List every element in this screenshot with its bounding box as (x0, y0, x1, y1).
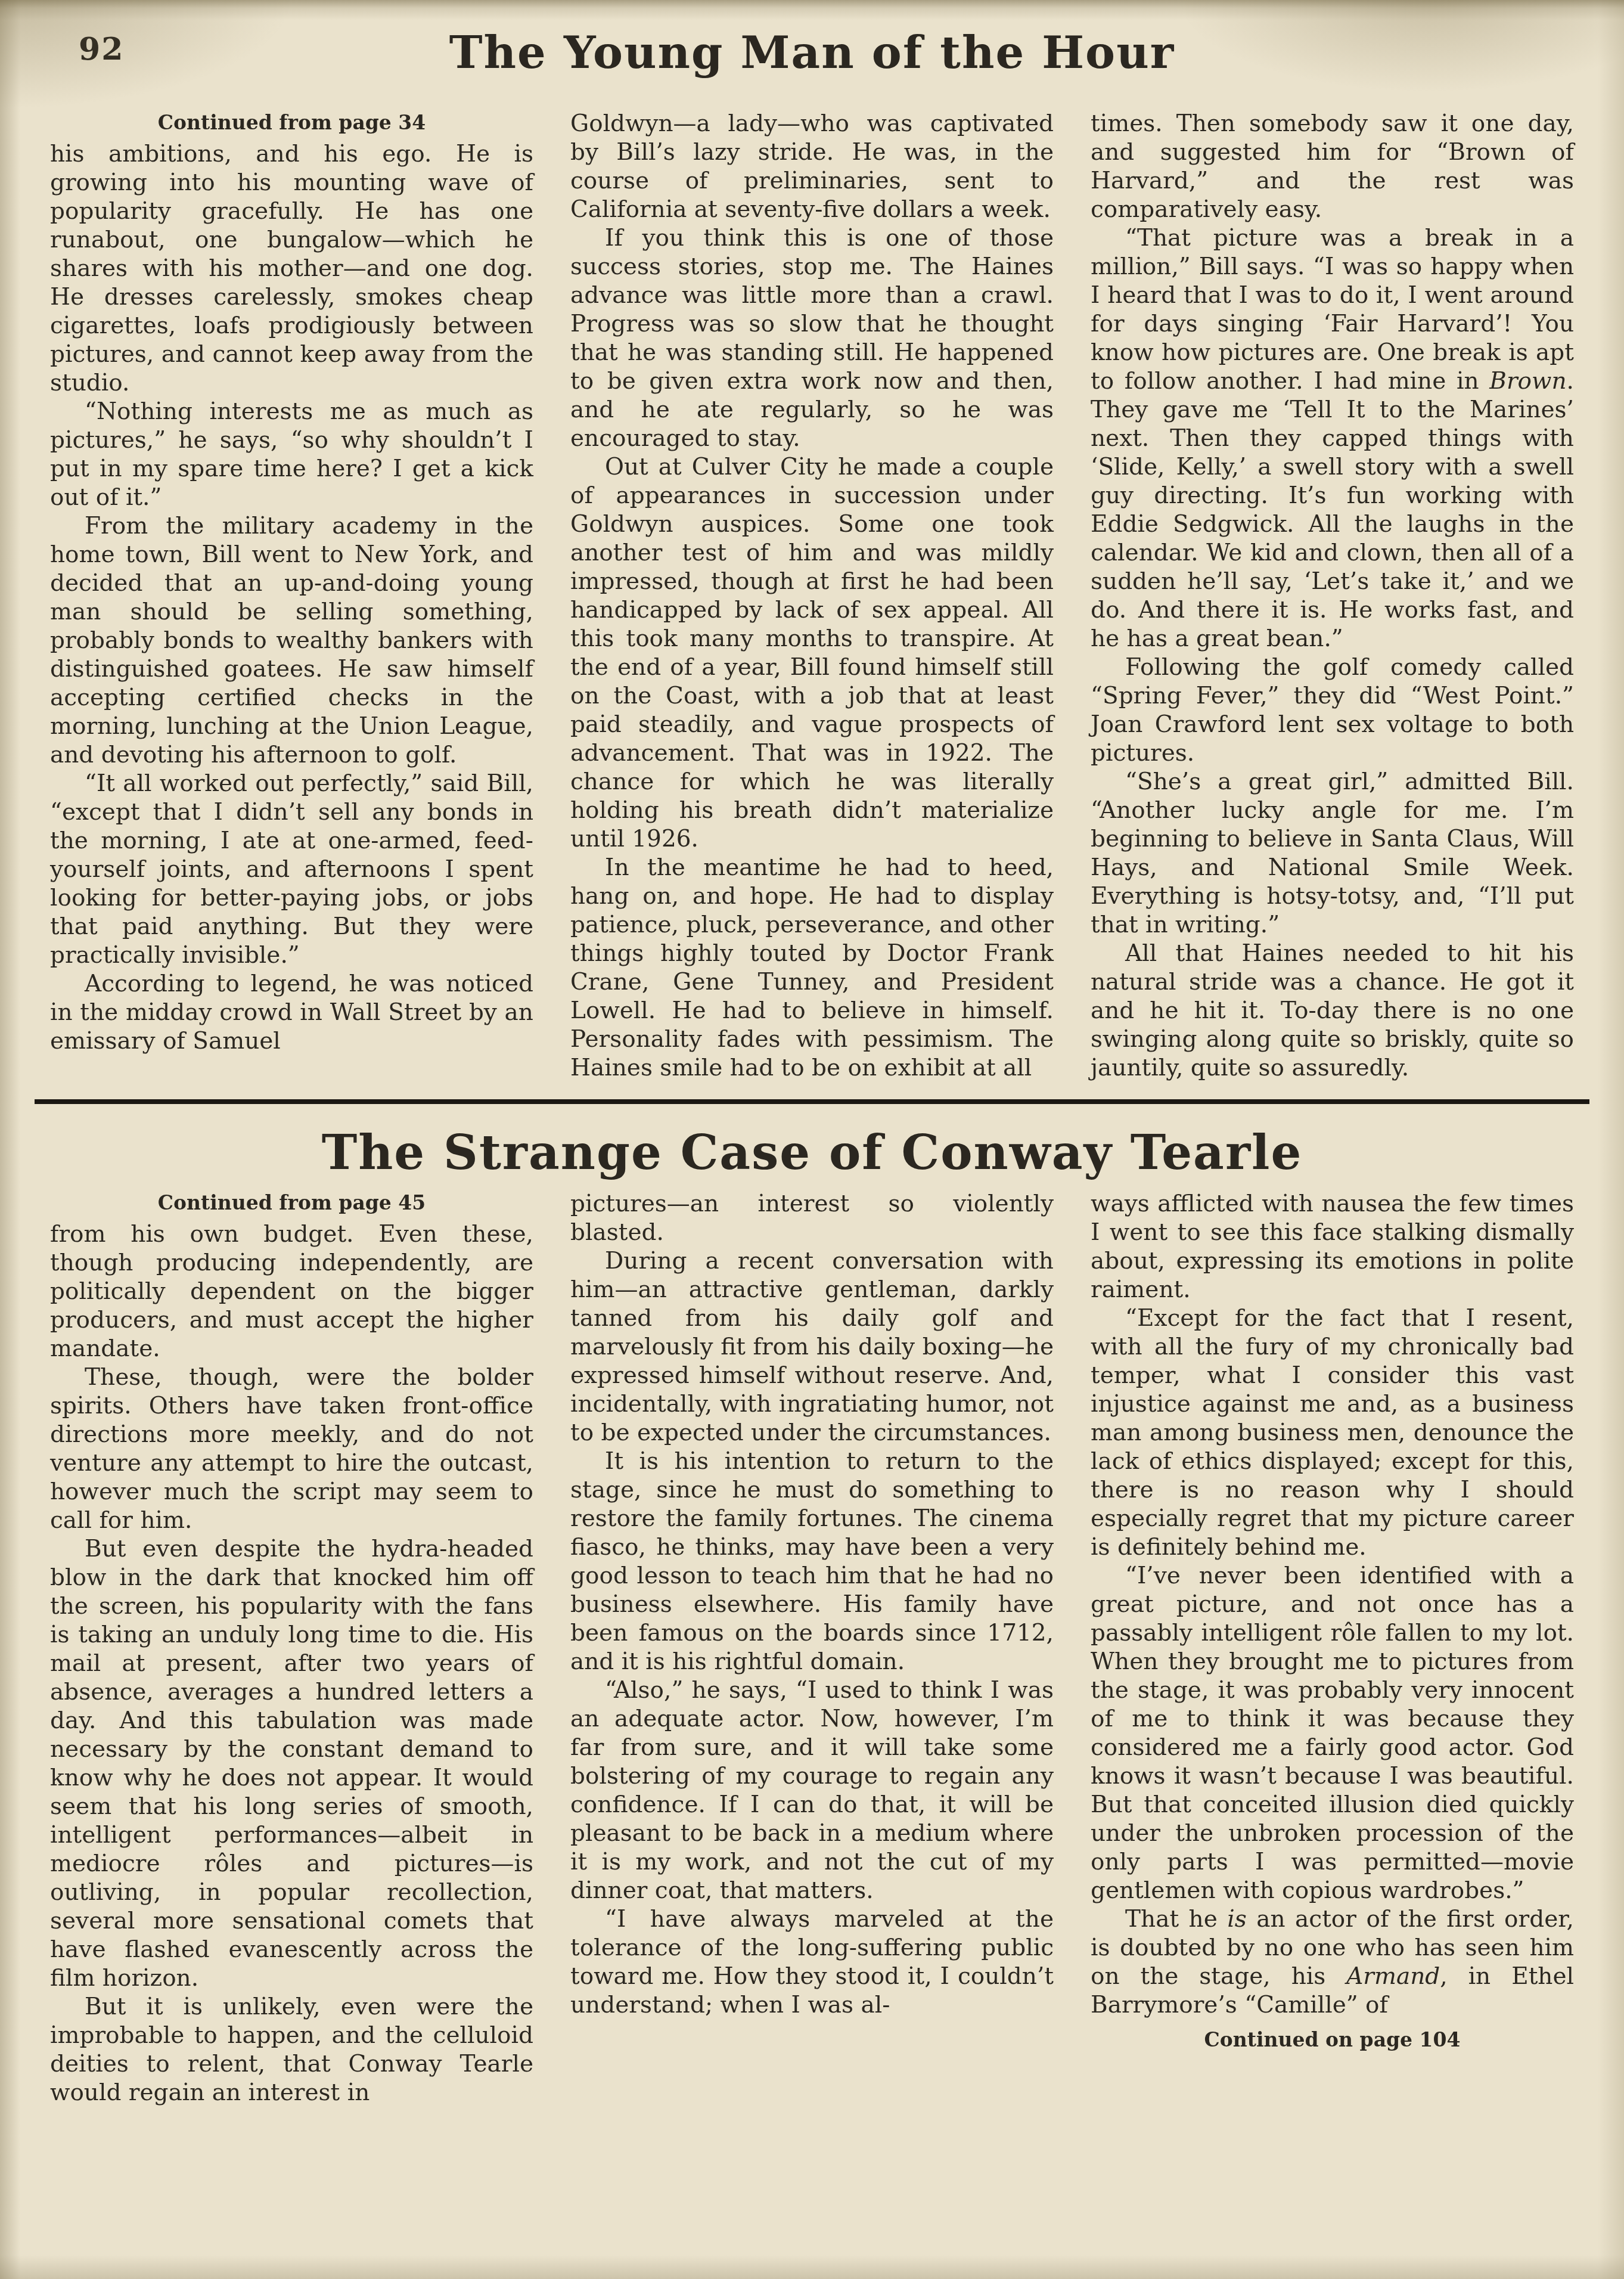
paragraph: Out at Culver City he made a couple of a… (570, 453, 1054, 854)
paragraph: From the military academy in the home to… (50, 512, 533, 770)
article2-column-1-text: from his own budget. Even these, though … (50, 1220, 533, 2107)
paragraph: According to legend, he was noticed in t… (50, 970, 533, 1056)
article-divider-rule (35, 1099, 1589, 1104)
paragraph: pictures—an interest so violently blaste… (570, 1190, 1054, 1247)
article2-column-3-text: ways afflicted with nausea the few times… (1091, 1190, 1574, 2020)
paragraph: “It all worked out perfectly,” said Bill… (50, 770, 533, 970)
paragraph: During a recent conversation with him—an… (570, 1247, 1054, 1447)
article2-column-3: ways afflicted with nausea the few times… (1091, 1190, 1574, 2107)
article2-continued-on: Continued on page 104 (1091, 2028, 1574, 2051)
paragraph: “Nothing interests me as much as picture… (50, 398, 533, 512)
paragraph: from his own budget. Even these, though … (50, 1220, 533, 1363)
page-header: 92 The Young Man of the Hour (0, 0, 1624, 100)
article2-continued-from: Continued from page 45 (50, 1191, 533, 1214)
article1-column-2: Goldwyn—a lady—who was captivated by Bil… (570, 110, 1054, 1083)
paragraph: ways afflicted with nausea the few times… (1091, 1190, 1574, 1304)
paragraph: Following the golf comedy called “Spring… (1091, 653, 1574, 768)
article2-column-2-text: pictures—an interest so violently blaste… (570, 1190, 1054, 2020)
paragraph: If you think this is one of those succes… (570, 224, 1054, 453)
paragraph: It is his intention to return to the sta… (570, 1447, 1054, 1676)
article2: The Strange Case of Conway Tearle Contin… (0, 1124, 1624, 2107)
magazine-page: 92 The Young Man of the Hour Continued f… (0, 0, 1624, 2279)
article1-title: The Young Man of the Hour (0, 26, 1624, 79)
paragraph: “I’ve never been identified with a great… (1091, 1562, 1574, 1905)
paragraph: “Also,” he says, “I used to think I was … (570, 1676, 1054, 1905)
paragraph: All that Haines needed to hit his natura… (1091, 939, 1574, 1083)
article2-columns: Continued from page 45 from his own budg… (0, 1190, 1624, 2107)
paragraph: “She’s a great girl,” admitted Bill. “An… (1091, 768, 1574, 939)
article1-column-1-text: his ambitions, and his ego. He is growin… (50, 140, 533, 1056)
paragraph: Goldwyn—a lady—who was captivated by Bil… (570, 110, 1054, 224)
paragraph: These, though, were the bolder spirits. … (50, 1363, 533, 1535)
article1-column-1: Continued from page 34 his ambitions, an… (50, 110, 533, 1083)
article1-column-2-text: Goldwyn—a lady—who was captivated by Bil… (570, 110, 1054, 1083)
paragraph: “Except for the fact that I resent, with… (1091, 1304, 1574, 1562)
paragraph: times. Then somebody saw it one day, and… (1091, 110, 1574, 224)
paragraph: But even despite the hydra-headed blow i… (50, 1535, 533, 1993)
paragraph: “I have always marveled at the tolerance… (570, 1905, 1054, 2020)
article2-title: The Strange Case of Conway Tearle (0, 1124, 1624, 1180)
article1-column-3-text: times. Then somebody saw it one day, and… (1091, 110, 1574, 1083)
paragraph: That he is an actor of the first order, … (1091, 1905, 1574, 2020)
paragraph: his ambitions, and his ego. He is growin… (50, 140, 533, 398)
article1-columns: Continued from page 34 his ambitions, an… (0, 110, 1624, 1083)
paragraph: “That picture was a break in a million,”… (1091, 224, 1574, 653)
page-number: 92 (79, 31, 124, 67)
article1-continued-from: Continued from page 34 (50, 111, 533, 134)
paragraph: But it is unlikely, even were the improb… (50, 1993, 533, 2107)
article1-column-3: times. Then somebody saw it one day, and… (1091, 110, 1574, 1083)
article2-column-2: pictures—an interest so violently blaste… (570, 1190, 1054, 2107)
article1: Continued from page 34 his ambitions, an… (0, 110, 1624, 1083)
paragraph: In the meantime he had to heed, hang on,… (570, 854, 1054, 1083)
article2-column-1: Continued from page 45 from his own budg… (50, 1190, 533, 2107)
